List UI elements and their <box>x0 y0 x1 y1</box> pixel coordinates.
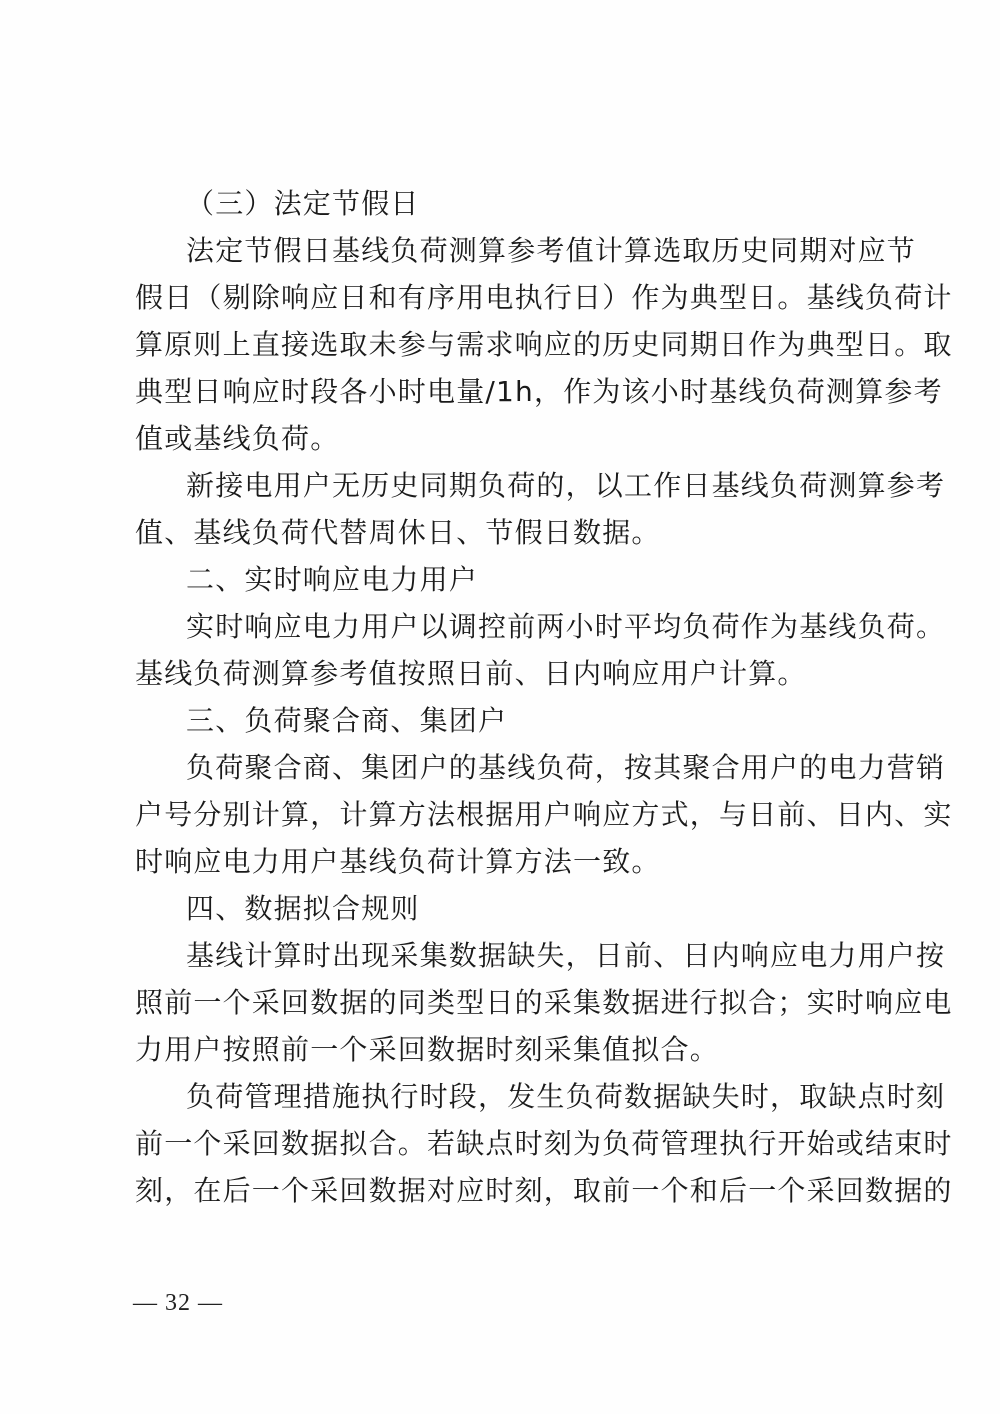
paragraph-line: 户号分别计算，计算方法根据用户响应方式，与日前、日内、实 <box>135 791 880 838</box>
page-number: — 32 — <box>133 1290 223 1317</box>
section-heading-aggregators: 三、负荷聚合商、集团户 <box>186 697 931 744</box>
paragraph-line: 假日（剔除响应日和有序用电执行日）作为典型日。基线负荷计 <box>135 274 880 321</box>
paragraph-line: 时响应电力用户基线负荷计算方法一致。 <box>135 838 880 885</box>
paragraph-line: 实时响应电力用户以调控前两小时平均负荷作为基线负荷。 <box>186 603 880 650</box>
paragraph-line: 力用户按照前一个采回数据时刻采集值拟合。 <box>135 1026 880 1073</box>
document-page: （三）法定节假日 法定节假日基线负荷测算参考值计算选取历史同期对应节 假日（剔除… <box>0 0 1000 1414</box>
paragraph-line: 刻，在后一个采回数据对应时刻，取前一个和后一个采回数据的 <box>135 1167 880 1214</box>
section-heading-holidays: （三）法定节假日 <box>186 180 931 227</box>
paragraph-line: 基线负荷测算参考值按照日前、日内响应用户计算。 <box>135 650 880 697</box>
paragraph-line: 新接电用户无历史同期负荷的，以工作日基线负荷测算参考 <box>186 462 880 509</box>
paragraph-line: 法定节假日基线负荷测算参考值计算选取历史同期对应节 <box>186 227 880 274</box>
paragraph-line: 负荷管理措施执行时段，发生负荷数据缺失时，取缺点时刻 <box>186 1073 880 1120</box>
paragraph-line: 负荷聚合商、集团户的基线负荷，按其聚合用户的电力营销 <box>186 744 880 791</box>
paragraph-line: 值或基线负荷。 <box>135 415 880 462</box>
paragraph-line: 前一个采回数据拟合。若缺点时刻为负荷管理执行开始或结束时 <box>135 1120 880 1167</box>
paragraph-line: 值、基线负荷代替周休日、节假日数据。 <box>135 509 880 556</box>
section-heading-realtime-users: 二、实时响应电力用户 <box>186 556 931 603</box>
section-heading-data-fitting: 四、数据拟合规则 <box>186 885 931 932</box>
paragraph-line: 基线计算时出现采集数据缺失，日前、日内响应电力用户按 <box>186 932 880 979</box>
paragraph-line: 算原则上直接选取未参与需求响应的历史同期日作为典型日。取 <box>135 321 880 368</box>
paragraph-line: 典型日响应时段各小时电量/1h，作为该小时基线负荷测算参考 <box>135 368 880 415</box>
paragraph-line: 照前一个采回数据的同类型日的采集数据进行拟合；实时响应电 <box>135 979 880 1026</box>
